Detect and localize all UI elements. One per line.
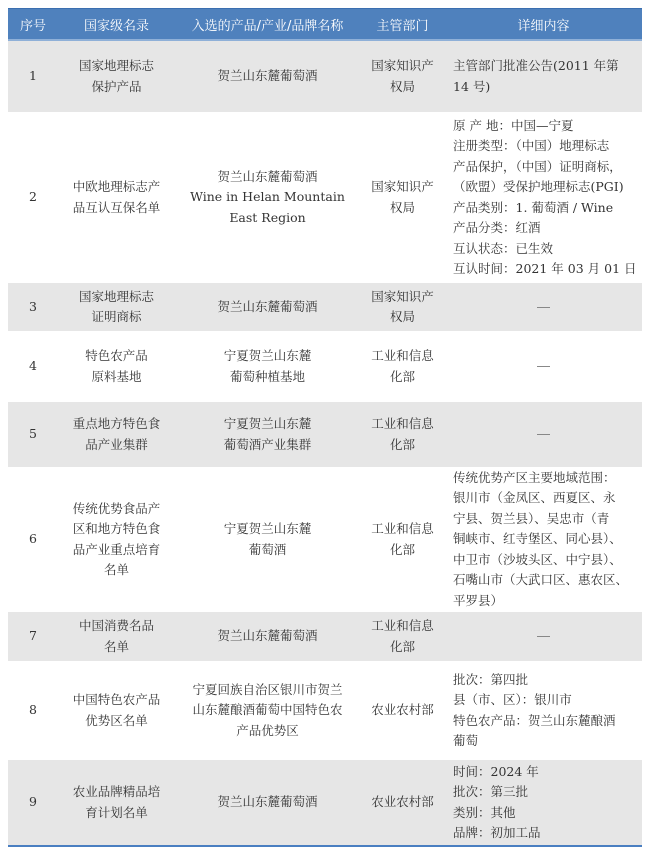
cell-details: 批次：第四批县（市、区）：银川市特色农产品：贺兰山东麓酿酒葡萄 [445,661,642,760]
table-row: 8中国特色农产品优势区名单宁夏回族自治区银川市贺兰山东麓酿酒葡萄中国特色农产品优… [8,661,642,760]
cell-product-name: 贺兰山东麓葡萄酒 [175,760,360,846]
cell-details-line: 注册类型：（中国）地理标志 [453,136,640,157]
cell-product-name-line: 贺兰山东麓葡萄酒 [179,792,356,813]
cell-product-name: 宁夏贺兰山东麓葡萄酒 [175,467,360,612]
cell-details-line: 14 号) [453,77,640,98]
empty-dash-icon [537,366,550,367]
cell-details [445,612,642,661]
cell-details-line: 产品保护，（中国）证明商标， [453,157,640,178]
cell-details-line: 宁县、贺兰县）、吴忠市（青 [453,509,640,530]
empty-dash-icon [537,307,550,308]
cell-national-list: 中欧地理标志产品互认互保名单 [58,112,175,283]
cell-national-list-line: 中国消费名品 [62,616,171,637]
cell-department-line: 化部 [364,637,441,658]
table-row: 4特色农产品原料基地宁夏贺兰山东麓葡萄种植基地工业和信息化部 [8,331,642,402]
cell-details-line: 葡萄 [453,731,640,752]
cell-index: 3 [8,283,58,331]
cell-details-line: 传统优势产区主要地域范围： [453,468,640,489]
cell-details-line: 石嘴山市（大武口区、惠农区、 [453,570,640,591]
table-row: 2中欧地理标志产品互认互保名单贺兰山东麓葡萄酒Wine in Helan Mou… [8,112,642,283]
cell-national-list-line: 重点地方特色食 [62,414,171,435]
cell-details-line: 县（市、区）：银川市 [453,690,640,711]
cell-index: 4 [8,331,58,402]
cell-details-line: 互认状态：已生效 [453,239,640,260]
cell-national-list-line: 品产业集群 [62,435,171,456]
cell-national-list-line: 保护产品 [62,77,171,98]
cell-index: 9 [8,760,58,846]
cell-index: 7 [8,612,58,661]
cell-details-line: 铜峡市、红寺堡区、同心县）、 [453,529,640,550]
cell-national-list-line: 品产业重点培育 [62,540,171,561]
cell-national-list-line: 国家地理标志 [62,56,171,77]
header-details: 详细内容 [445,9,642,41]
cell-product-name: 贺兰山东麓葡萄酒 [175,612,360,661]
cell-department-line: 国家知识产 [364,287,441,308]
cell-details [445,283,642,331]
cell-product-name-line: 贺兰山东麓葡萄酒 [179,626,356,647]
cell-national-list: 中国特色农产品优势区名单 [58,661,175,760]
cell-details-line: 产品分类：红酒 [453,218,640,239]
cell-national-list: 重点地方特色食品产业集群 [58,402,175,467]
cell-index: 2 [8,112,58,283]
cell-product-name-line: 宁夏贺兰山东麓 [179,519,356,540]
cell-product-name-line: 贺兰山东麓葡萄酒 [179,297,356,318]
cell-national-list-line: 国家地理标志 [62,287,171,308]
header-national-list: 国家级名录 [58,9,175,41]
cell-details: 时间：2024 年批次：第三批类别：其他品牌：初加工品 [445,760,642,846]
table-header-row: 序号 国家级名录 入选的产品/产业/品牌名称 主管部门 详细内容 [8,9,642,41]
empty-dash-icon [537,636,550,637]
cell-details [445,331,642,402]
cell-national-list: 国家地理标志保护产品 [58,40,175,112]
cell-details: 主管部门批准公告(2011 年第14 号) [445,40,642,112]
cell-product-name: 宁夏贺兰山东麓葡萄种植基地 [175,331,360,402]
cell-details: 传统优势产区主要地域范围：银川市（金凤区、西夏区、永宁县、贺兰县）、吴忠市（青铜… [445,467,642,612]
cell-department-line: 化部 [364,435,441,456]
cell-details-line: 平罗县） [453,591,640,612]
table-row: 6传统优势食品产区和地方特色食品产业重点培育名单宁夏贺兰山东麓葡萄酒工业和信息化… [8,467,642,612]
cell-department-line: 权局 [364,198,441,219]
cell-department: 工业和信息化部 [360,331,445,402]
cell-product-name-line: 宁夏贺兰山东麓 [179,414,356,435]
cell-national-list-line: 育计划名单 [62,803,171,824]
cell-product-name-line: 山东麓酿酒葡萄中国特色农 [179,700,356,721]
cell-details-line: （欧盟）受保护地理标志(PGI) [453,177,640,198]
cell-national-list-line: 证明商标 [62,307,171,328]
cell-product-name-line: 贺兰山东麓葡萄酒 [179,66,356,87]
cell-product-name: 贺兰山东麓葡萄酒 [175,40,360,112]
cell-national-list: 中国消费名品名单 [58,612,175,661]
cell-department-line: 化部 [364,367,441,388]
cell-department: 工业和信息化部 [360,402,445,467]
cell-department-line: 工业和信息 [364,519,441,540]
cell-national-list: 国家地理标志证明商标 [58,283,175,331]
cell-details-line: 时间：2024 年 [453,762,640,783]
header-department: 主管部门 [360,9,445,41]
cell-national-list-line: 农业品牌精品培 [62,782,171,803]
cell-department-line: 工业和信息 [364,414,441,435]
cell-national-list: 特色农产品原料基地 [58,331,175,402]
cell-details-line: 中卫市（沙坡头区、中宁县）、 [453,550,640,571]
cell-department: 工业和信息化部 [360,612,445,661]
cell-details-line: 品牌：初加工品 [453,823,640,844]
cell-national-list: 传统优势食品产区和地方特色食品产业重点培育名单 [58,467,175,612]
cell-department: 国家知识产权局 [360,112,445,283]
cell-national-list-line: 中欧地理标志产 [62,177,171,198]
cell-index: 1 [8,40,58,112]
cell-department: 农业农村部 [360,760,445,846]
cell-national-list-line: 传统优势食品产 [62,499,171,520]
cell-details-line: 原 产 地：中国—宁夏 [453,116,640,137]
cell-department-line: 工业和信息 [364,616,441,637]
cell-department-line: 工业和信息 [364,346,441,367]
cell-department-line: 农业农村部 [364,792,441,813]
wine-list-table: 序号 国家级名录 入选的产品/产业/品牌名称 主管部门 详细内容 1国家地理标志… [8,8,642,847]
table-row: 3国家地理标志证明商标贺兰山东麓葡萄酒国家知识产权局 [8,283,642,331]
cell-department: 工业和信息化部 [360,467,445,612]
table-row: 9农业品牌精品培育计划名单贺兰山东麓葡萄酒农业农村部时间：2024 年批次：第三… [8,760,642,846]
cell-national-list-line: 优势区名单 [62,711,171,732]
cell-details-line: 特色农产品：贺兰山东麓酿酒 [453,711,640,732]
cell-national-list-line: 名单 [62,560,171,581]
cell-department: 农业农村部 [360,661,445,760]
table-row: 1国家地理标志保护产品贺兰山东麓葡萄酒国家知识产权局主管部门批准公告(2011 … [8,40,642,112]
cell-product-name: 宁夏贺兰山东麓葡萄酒产业集群 [175,402,360,467]
cell-details: 原 产 地：中国—宁夏注册类型：（中国）地理标志产品保护，（中国）证明商标，（欧… [445,112,642,283]
cell-index: 6 [8,467,58,612]
cell-national-list-line: 区和地方特色食 [62,519,171,540]
cell-details-line: 批次：第三批 [453,782,640,803]
header-product-name: 入选的产品/产业/品牌名称 [175,9,360,41]
cell-product-name-line: 产品优势区 [179,721,356,742]
cell-department-line: 化部 [364,540,441,561]
cell-details-line: 类别：其他 [453,803,640,824]
cell-national-list-line: 特色农产品 [62,346,171,367]
cell-department-line: 权局 [364,307,441,328]
cell-department: 国家知识产权局 [360,40,445,112]
cell-details-line: 批次：第四批 [453,670,640,691]
cell-department-line: 权局 [364,77,441,98]
cell-details [445,402,642,467]
cell-product-name-line: 宁夏回族自治区银川市贺兰 [179,680,356,701]
cell-national-list: 农业品牌精品培育计划名单 [58,760,175,846]
cell-product-name-line: 葡萄种植基地 [179,367,356,388]
cell-product-name-line: East Region [179,208,356,229]
cell-product-name-line: 宁夏贺兰山东麓 [179,346,356,367]
cell-index: 8 [8,661,58,760]
cell-department-line: 农业农村部 [364,700,441,721]
header-index: 序号 [8,9,58,41]
cell-product-name-line: 葡萄酒 [179,540,356,561]
cell-national-list-line: 品互认互保名单 [62,198,171,219]
cell-details-line: 互认时间：2021 年 03 月 01 日 [453,259,640,280]
cell-product-name-line: Wine in Helan Mountain [179,187,356,208]
cell-department-line: 国家知识产 [364,56,441,77]
cell-product-name-line: 葡萄酒产业集群 [179,435,356,456]
cell-details-line: 主管部门批准公告(2011 年第 [453,56,640,77]
cell-department-line: 国家知识产 [364,177,441,198]
table-row: 5重点地方特色食品产业集群宁夏贺兰山东麓葡萄酒产业集群工业和信息化部 [8,402,642,467]
cell-department: 国家知识产权局 [360,283,445,331]
cell-product-name-line: 贺兰山东麓葡萄酒 [179,167,356,188]
table-row: 7中国消费名品名单贺兰山东麓葡萄酒工业和信息化部 [8,612,642,661]
cell-product-name: 宁夏回族自治区银川市贺兰山东麓酿酒葡萄中国特色农产品优势区 [175,661,360,760]
cell-national-list-line: 中国特色农产品 [62,690,171,711]
cell-product-name: 贺兰山东麓葡萄酒 [175,283,360,331]
cell-details-line: 产品类别：1. 葡萄酒 / Wine [453,198,640,219]
cell-product-name: 贺兰山东麓葡萄酒Wine in Helan MountainEast Regio… [175,112,360,283]
cell-index: 5 [8,402,58,467]
cell-national-list-line: 原料基地 [62,367,171,388]
cell-details-line: 银川市（金凤区、西夏区、永 [453,488,640,509]
cell-national-list-line: 名单 [62,637,171,658]
empty-dash-icon [537,434,550,435]
